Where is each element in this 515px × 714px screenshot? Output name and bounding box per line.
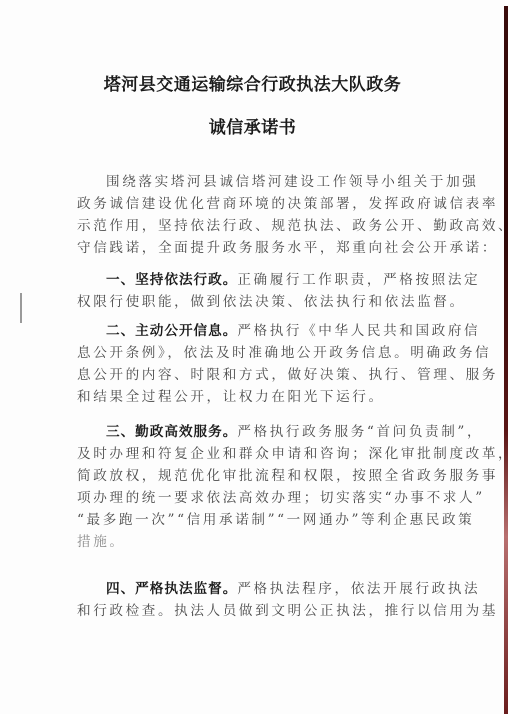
intro-paragraph: 围绕落实塔河县诚信塔河建设工作领导小组关于加强 政务诚信建设优化营商环境的决策部… (77, 171, 427, 259)
page-background (508, 0, 515, 714)
section-text: 严格执行《中华人民共和国政府信 (237, 323, 480, 339)
section-line: 息公开的内容、时限和方式，做好决策、执行、管理、服务 (77, 364, 427, 386)
section-line: 息公开条例》，依法及时准确地公开政务信息。明确政务信 (77, 342, 427, 364)
section-text: 严格执行政务服务“首问负责制”， (237, 424, 483, 440)
section-heading: 四、严格执法监督。 (106, 581, 237, 597)
section-1: 一、坚持依法行政。正确履行工作职责，严格按照法定 权限行使职能，做到依法决策、依… (77, 269, 427, 313)
margin-mark (20, 293, 22, 323)
section-line: “最多跑一次”“信用承诺制”“一网通办”等利企惠民政策 (77, 509, 427, 531)
section-line: 项办理的统一要求依法高效办理；切实落实“办事不求人” (77, 487, 427, 509)
section-4: 四、严格执法监督。严格执法程序，依法开展行政执法 和行政检查。执法人员做到文明公… (77, 578, 427, 622)
section-heading: 二、主动公开信息。 (106, 323, 237, 339)
intro-line: 政务诚信建设优化营商环境的决策部署，发挥政府诚信表率 (77, 193, 427, 215)
section-3: 三、勤政高效服务。严格执行政务服务“首问负责制”， 及时办理和符复企业和群众申请… (77, 421, 427, 553)
section-2: 二、主动公开信息。严格执行《中华人民共和国政府信 息公开条例》，依法及时准确地公… (77, 320, 427, 408)
section-heading: 一、坚持依法行政。 (106, 272, 237, 288)
section-first-line: 二、主动公开信息。严格执行《中华人民共和国政府信 (77, 320, 427, 342)
section-line: 简政放权，规范优化审批流程和权限，按照全省政务服务事 (77, 465, 427, 487)
section-first-line: 四、严格执法监督。严格执法程序，依法开展行政执法 (77, 578, 427, 600)
intro-line: 围绕落实塔河县诚信塔河建设工作领导小组关于加强 (77, 171, 427, 193)
section-first-line: 三、勤政高效服务。严格执行政务服务“首问负责制”， (77, 421, 427, 443)
document-subtitle: 诚信承诺书 (0, 113, 505, 138)
intro-line: 守信践诺，全面提升政务服务水平，郑重向社会公开承诺： (77, 237, 427, 259)
section-heading: 三、勤政高效服务。 (106, 424, 237, 440)
section-text: 严格执法程序，依法开展行政执法 (237, 581, 480, 597)
section-first-line: 一、坚持依法行政。正确履行工作职责，严格按照法定 (77, 269, 427, 291)
section-line: 和行政检查。执法人员做到文明公正执法，推行以信用为基 (77, 600, 427, 622)
section-line: 及时办理和符复企业和群众申请和咨询；深化审批制度改革， (77, 443, 427, 465)
section-line: 权限行使职能，做到依法决策、依法执行和依法监督。 (77, 291, 427, 313)
document-title: 塔河县交通运输综合行政执法大队政务 (0, 70, 505, 95)
section-text: 正确履行工作职责，严格按照法定 (237, 272, 480, 288)
intro-line: 示范作用，坚持依法行政、规范执法、政务公开、勤政高效、 (77, 215, 427, 237)
section-line: 和结果全过程公开，让权力在阳光下运行。 (77, 386, 427, 408)
document-page: 塔河县交通运输综合行政执法大队政务 诚信承诺书 围绕落实塔河县诚信塔河建设工作领… (0, 0, 505, 714)
section-line: 措施。 (77, 531, 427, 553)
